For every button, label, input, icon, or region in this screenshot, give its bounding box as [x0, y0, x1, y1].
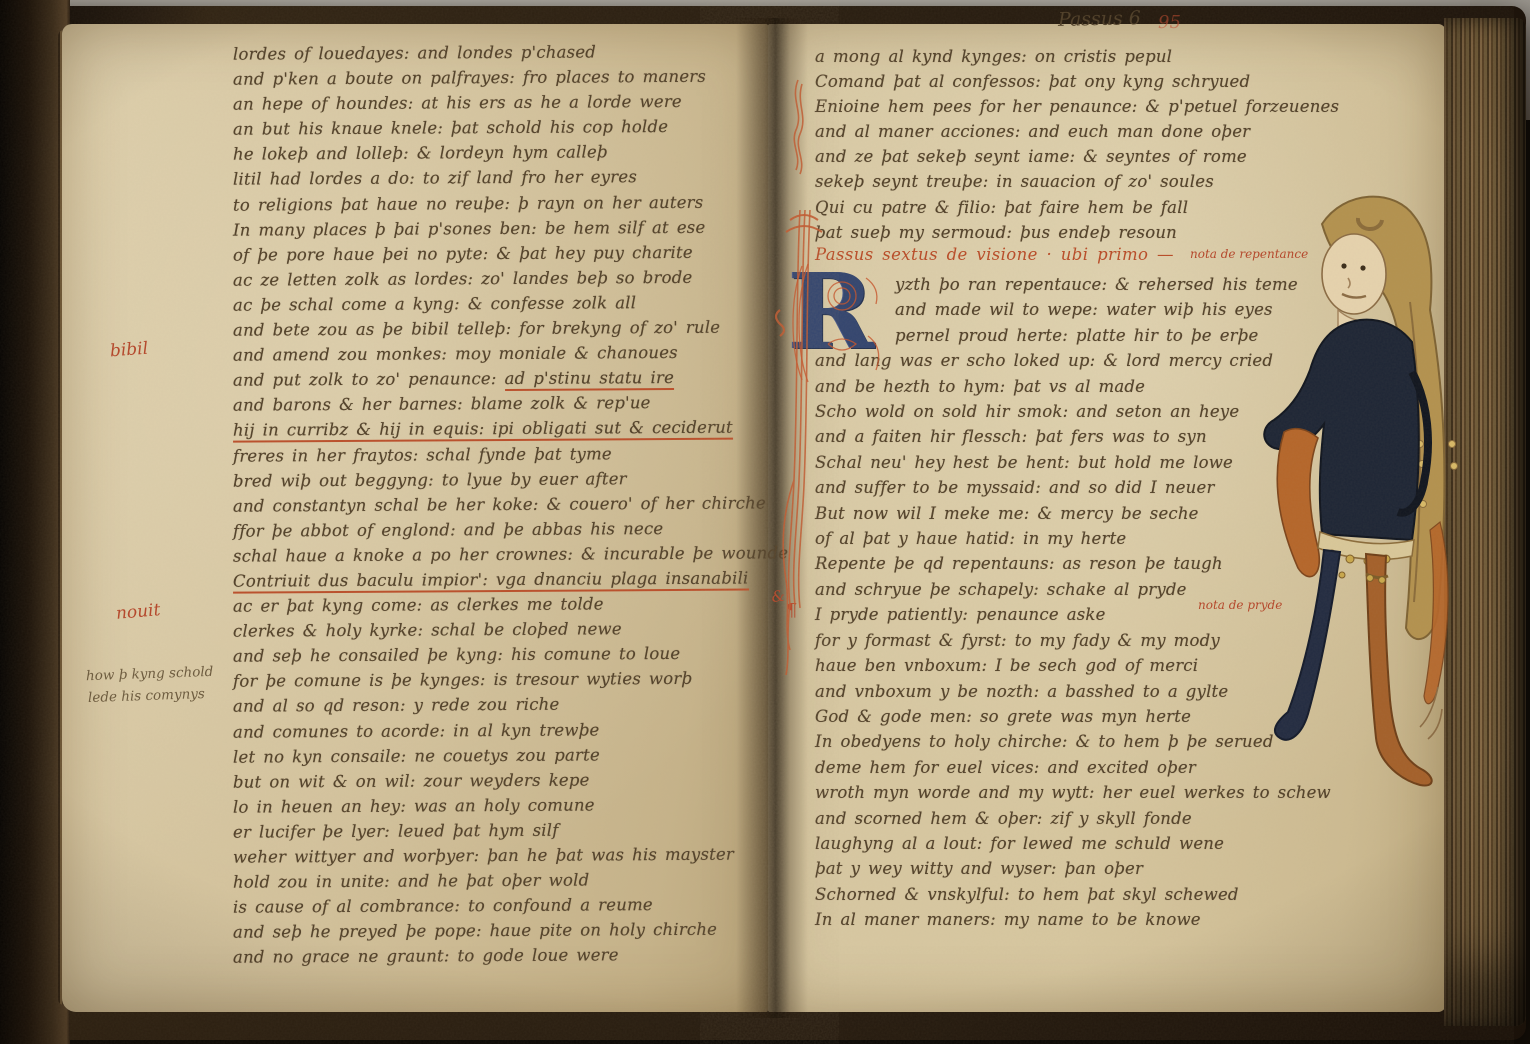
manuscript-line: is cause of al combrance: to confound a …	[233, 892, 773, 920]
manuscript-line: and seþ he consailed þe kyng: his comune…	[233, 641, 773, 669]
manuscript-line: clerkes & holy kyrke: schal be cloþed ne…	[233, 616, 773, 644]
manuscript-line: an hepe of houndes: at his ers as he a l…	[233, 89, 773, 117]
manuscript-line: pernel proud herte: platte hir to þe erþ…	[895, 323, 1285, 348]
manuscript-line: þat y wey witty and wyser: þan oþer	[815, 856, 1285, 881]
manuscript-line: and constantyn schal be her koke: & coue…	[233, 490, 773, 518]
manuscript-line: Contriuit dus baculu impior': vga dnanci…	[233, 565, 773, 593]
initial-penwork-infill	[784, 258, 894, 388]
manuscript-line: freres in her fraytos: schal fynde þat t…	[233, 440, 773, 468]
manuscript-line: and al so qd reson: y rede zou riche	[233, 691, 773, 719]
manuscript-line: an but his knaue knele: þat schold his c…	[233, 114, 773, 142]
manuscript-line: deme hem for euel vices: and excited oþe…	[815, 755, 1285, 780]
manuscript-line: Schorned & vnskylful: to hem þat skyl sc…	[815, 882, 1285, 907]
manuscript-line: and no grace ne graunt: to gode loue wer…	[233, 942, 773, 970]
marginal-figure-illustration	[1262, 182, 1497, 807]
manuscript-line: and comunes to acorde: in al kyn trewþe	[233, 716, 773, 744]
manuscript-line: ffor þe abbot of englond: and þe abbas h…	[233, 515, 773, 543]
manuscript-line: yzth þo ran repentauce: & rehersed his t…	[895, 272, 1285, 297]
manuscript-line: hold zou in unite: and he þat oþer wold	[233, 866, 773, 894]
folio-number: 95	[1158, 12, 1181, 33]
margin-note-nouit: nouit	[115, 600, 161, 624]
manuscript-line: God & gode men: so grete was myn herte	[815, 704, 1285, 729]
manuscript-line: ac er þat kyng come: as clerkes me tolde	[233, 590, 773, 618]
manuscript-line: and barons & her barnes: blame zolk & re…	[233, 390, 773, 418]
manuscript-line: In obedyens to holy chirche: & to hem þ …	[815, 729, 1285, 754]
manuscript-line: let no kyn consaile: ne couetys zou part…	[233, 741, 773, 769]
manuscript-line: wroth myn worde and my wytt: her euel we…	[815, 780, 1285, 805]
manuscript-line: ac ze letten zolk as lordes: zo' landes …	[233, 264, 773, 292]
manuscript-line: ac þe schal come a kyng: & confesse zolk…	[233, 289, 773, 317]
manuscript-line: hij in curribz & hij in equis: ipi oblig…	[233, 415, 773, 443]
manuscript-line: schal haue a knoke a po her crownes: & i…	[233, 540, 773, 568]
manuscript-line: litil had lordes a do: to zif land fro h…	[233, 164, 773, 192]
manuscript-line: and made wil to wepe: water wiþ his eyes	[895, 297, 1285, 322]
manuscript-line: laughyng al a lout: for lewed me schuld …	[815, 831, 1285, 856]
manuscript-line: and p'ken a boute on palfrayes: fro plac…	[233, 63, 773, 91]
manuscript-line: and seþ he preyed þe pope: haue pite on …	[233, 917, 773, 945]
manuscript-line: weher wittyer and worþyer: þan he þat wa…	[233, 841, 773, 869]
manuscript-line: of þe pore haue þei no pyte: & þat hey p…	[233, 239, 773, 267]
svg-text:&: &	[771, 587, 786, 606]
manuscript-line: to religions þat haue no reuþe: þ rayn o…	[233, 189, 773, 217]
left-page-text: lordes of louedayes: and londes p'chased…	[233, 40, 773, 968]
margin-note-bibil: bibil	[109, 339, 148, 362]
manuscript-line: for þe comune is þe kynges: is tresour w…	[233, 666, 773, 694]
manuscript-line: and amend zou monkes: moy moniale & chan…	[233, 339, 773, 367]
manuscript-line: er lucifer þe lyer: leued þat hym silf	[233, 816, 773, 844]
manuscript-line: bred wiþ out beggyng: to lyue by euer af…	[233, 465, 773, 493]
manuscript-line: but on wit & on wil: zour weyders kepe	[233, 766, 773, 794]
manuscript-photo: Passus 6 95 lordes of louedayes: and lon…	[0, 0, 1530, 1044]
manuscript-line: and put zolk to zo' penaunce: ad p'stinu…	[233, 365, 773, 393]
passus-header: Passus 6	[1058, 7, 1141, 31]
manuscript-line: and bete zou as þe bibil telleþ: for bre…	[233, 314, 773, 342]
manuscript-line: In al maner maners: my name to be knowe	[815, 907, 1285, 932]
manuscript-line: and scorned hem & oþer: zif y skyll fond…	[815, 806, 1285, 831]
manuscript-line: lordes of louedayes: and londes p'chased	[233, 38, 773, 66]
manuscript-line: lo in heuen an hey: was an holy comune	[233, 791, 773, 819]
manuscript-line: In many places þ þai p'sones ben: be hem…	[233, 214, 773, 242]
